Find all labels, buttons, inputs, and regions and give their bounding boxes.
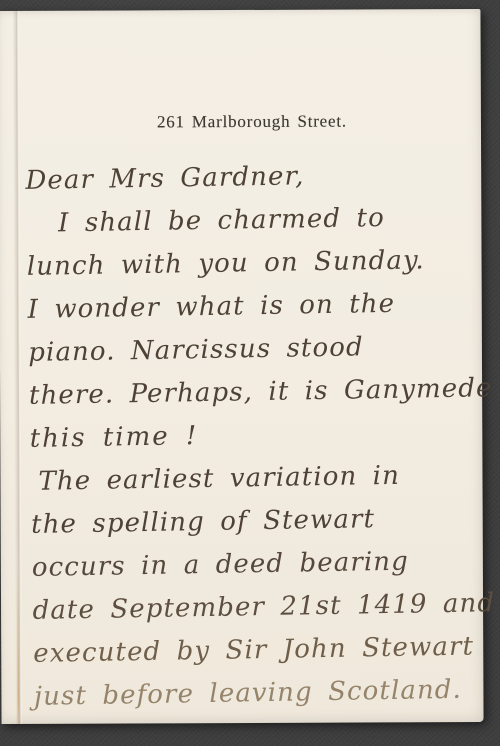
letter-line: this time ! <box>29 410 482 460</box>
letter-line: occurs in a deed bearing <box>32 539 485 589</box>
letter-line: date September 21st 1419 and <box>32 582 485 632</box>
letter-line: lunch with you on Sunday. <box>27 238 480 288</box>
letter-line: piano. Narcissus stood <box>28 324 481 374</box>
letter-line-salutation: Dear Mrs Gardner, <box>25 152 478 202</box>
letterhead-address: 261 Marlborough Street. <box>0 111 481 133</box>
letter-page: 261 Marlborough Street. Dear Mrs Gardner… <box>0 9 484 724</box>
letter-line: there. Perhaps, it is Ganymede <box>29 367 482 417</box>
letter-line-faded: just before leaving Scotland. <box>34 668 487 718</box>
letter-line: executed by Sir John Stewart <box>33 625 486 675</box>
letter-line: I shall be charmed to <box>58 195 479 245</box>
letter-line: I wonder what is on the <box>27 281 480 331</box>
letter-line: The earliest variation in <box>38 453 483 503</box>
letter-body: Dear Mrs Gardner, I shall be charmed to … <box>25 152 486 718</box>
letter-line: the spelling of Stewart <box>31 496 484 546</box>
